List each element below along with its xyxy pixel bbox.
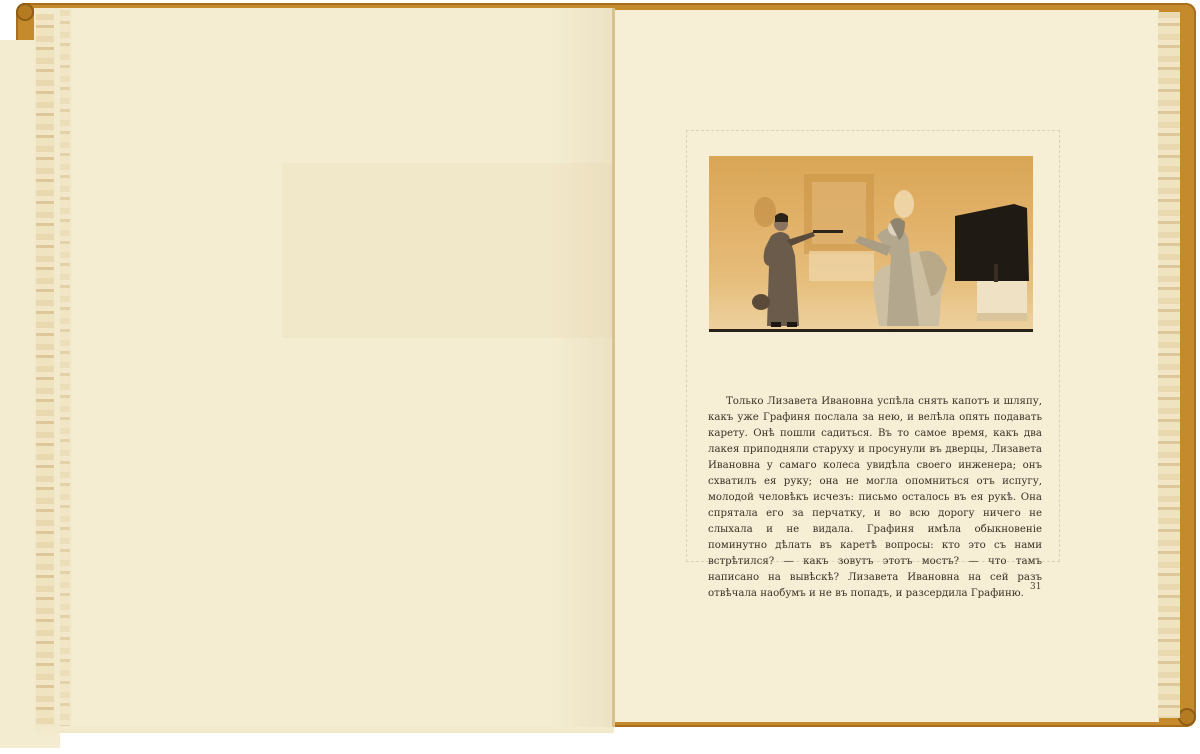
paragraph: Только Лизавета Ивановна успѣла снять ка… — [708, 394, 1042, 602]
left-page-edges — [36, 14, 54, 726]
illustration-drawing-icon — [709, 156, 1033, 332]
cover-corner-top-left — [16, 3, 34, 21]
right-page-edges — [1158, 12, 1180, 718]
left-page-edges-inner — [60, 10, 70, 726]
page-number: 31 — [1030, 582, 1041, 592]
cover-corner-bottom-right — [1178, 708, 1196, 726]
show-through-ghost — [282, 163, 612, 338]
illustration-baseline — [709, 329, 1033, 332]
illustration — [709, 156, 1033, 332]
left-page — [72, 8, 614, 727]
text-block: Только Лизавета Ивановна успѣла снять ка… — [708, 394, 1042, 602]
